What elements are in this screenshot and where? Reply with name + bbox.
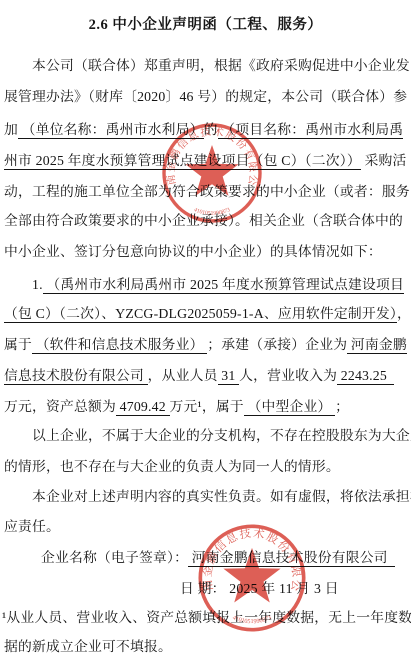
contract-name-blank: （包 C）（二次）、YZCG-DLG2025059-1-A、应用软件定制开发） [4,306,397,323]
body-text: 属于 [4,337,32,352]
seal-number-text: 4101051990873 [193,207,231,217]
svg-text:4101051990873: 4101051990873 [231,614,272,625]
body-text: 展管理办法》（财库〔2020〕46 号）的规定，本公司（联合体）参 [4,89,407,104]
body-text: ； [335,399,349,414]
body-line: 万元，资产总额为 4709.42 万元¹，属于 （中型企业） ； [4,397,349,417]
body-line: （包 C）（二次）、YZCG-DLG2025059-1-A、应用软件定制开发）， [4,304,411,324]
body-text: 以上企业，不属于大企业的分支机构，不存在控股股东为大企业 [32,428,411,443]
body-line: 以上企业，不属于大企业的分支机构，不存在控股股东为大企业 [32,426,411,446]
body-text: 的情形，也不存在与大企业的负责人为同一人的情形。 [4,459,340,474]
seal-number-text: 4101051990873 [231,614,272,625]
body-text: 采购活 [361,153,407,168]
body-line: 的情形，也不存在与大企业的负责人为同一人的情形。 [4,457,340,477]
footnote-line: 据的新成立企业可不填报。 [4,637,172,657]
company-seal-stamp-top: 河南金鹏信息技术股份有限公司 4101051990873 [160,121,264,225]
signature-label: 企业名称（电子签章）： [41,550,188,565]
revenue-blank: 2243.25 [337,368,394,385]
contract-name-blank: （禹州市水利局禹州市 2025 年度水预算管理试点建设项目 [43,277,404,294]
body-line: 本企业对上述声明内容的真实性负责。如有虚假，将依法承担相 [32,487,411,507]
body-text: 人，营业收入为 [239,368,337,383]
body-text: 中小企业、签订分包意向协议的中小企业）的具体情况如下： [4,244,382,259]
body-line: 信息技术股份有限公司 ，从业人员 31 人，营业收入为 2243.25 [4,366,394,386]
seal-star-icon [185,145,238,196]
svg-text:4101051990873: 4101051990873 [193,207,231,217]
document-title: 2.6 中小企业声明函（工程、服务） [0,13,411,34]
body-text: 应责任。 [4,519,60,534]
body-line: 应责任。 [4,517,60,537]
body-line: 本公司（联合体）郑重声明，根据《政府采购促进中小企业发 [32,56,410,76]
employees-blank: 31 [218,368,240,385]
body-text: 加 [4,122,18,137]
seal-star-icon [223,548,280,603]
body-text: 万元，资产总额为 [4,399,116,414]
body-line: 属于 （软件和信息技术服务业） ；承建（承接）企业为 河南金鹏 [4,335,407,355]
declaration-document-page: 2.6 中小企业声明函（工程、服务） 本公司（联合体）郑重声明，根据《政府采购促… [0,0,411,658]
body-text: ， [397,306,411,321]
item-number: 1. [32,277,43,292]
footnote-text: 据的新成立企业可不填报。 [4,639,172,654]
body-text: 本公司（联合体）郑重声明，根据《政府采购促进中小企业发 [32,58,410,73]
body-text: 万元¹，属于 [170,399,244,414]
body-line: 1. （禹州市水利局禹州市 2025 年度水预算管理试点建设项目 [32,275,404,295]
body-line: 展管理办法》（财库〔2020〕46 号）的规定，本公司（联合体）参 [4,87,407,107]
body-text: ；承建（承接）企业为 [207,337,347,352]
assets-blank: 4709.42 [116,399,170,416]
enterprise-type-blank: （中型企业） [244,399,335,416]
body-text: ，从业人员 [148,368,218,383]
body-text: 本企业对上述声明内容的真实性负责。如有虚假，将依法承担相 [32,489,411,504]
body-line: 中小企业、签订分包意向协议的中小企业）的具体情况如下： [4,242,382,262]
company-seal-stamp-bottom: 河南金鹏信息技术股份有限公司 4101051990873 [196,522,308,634]
contractor-name-blank: 河南金鹏 [347,337,407,354]
contractor-name-blank: 信息技术股份有限公司 [4,368,148,385]
industry-blank: （软件和信息技术服务业） [32,337,207,354]
